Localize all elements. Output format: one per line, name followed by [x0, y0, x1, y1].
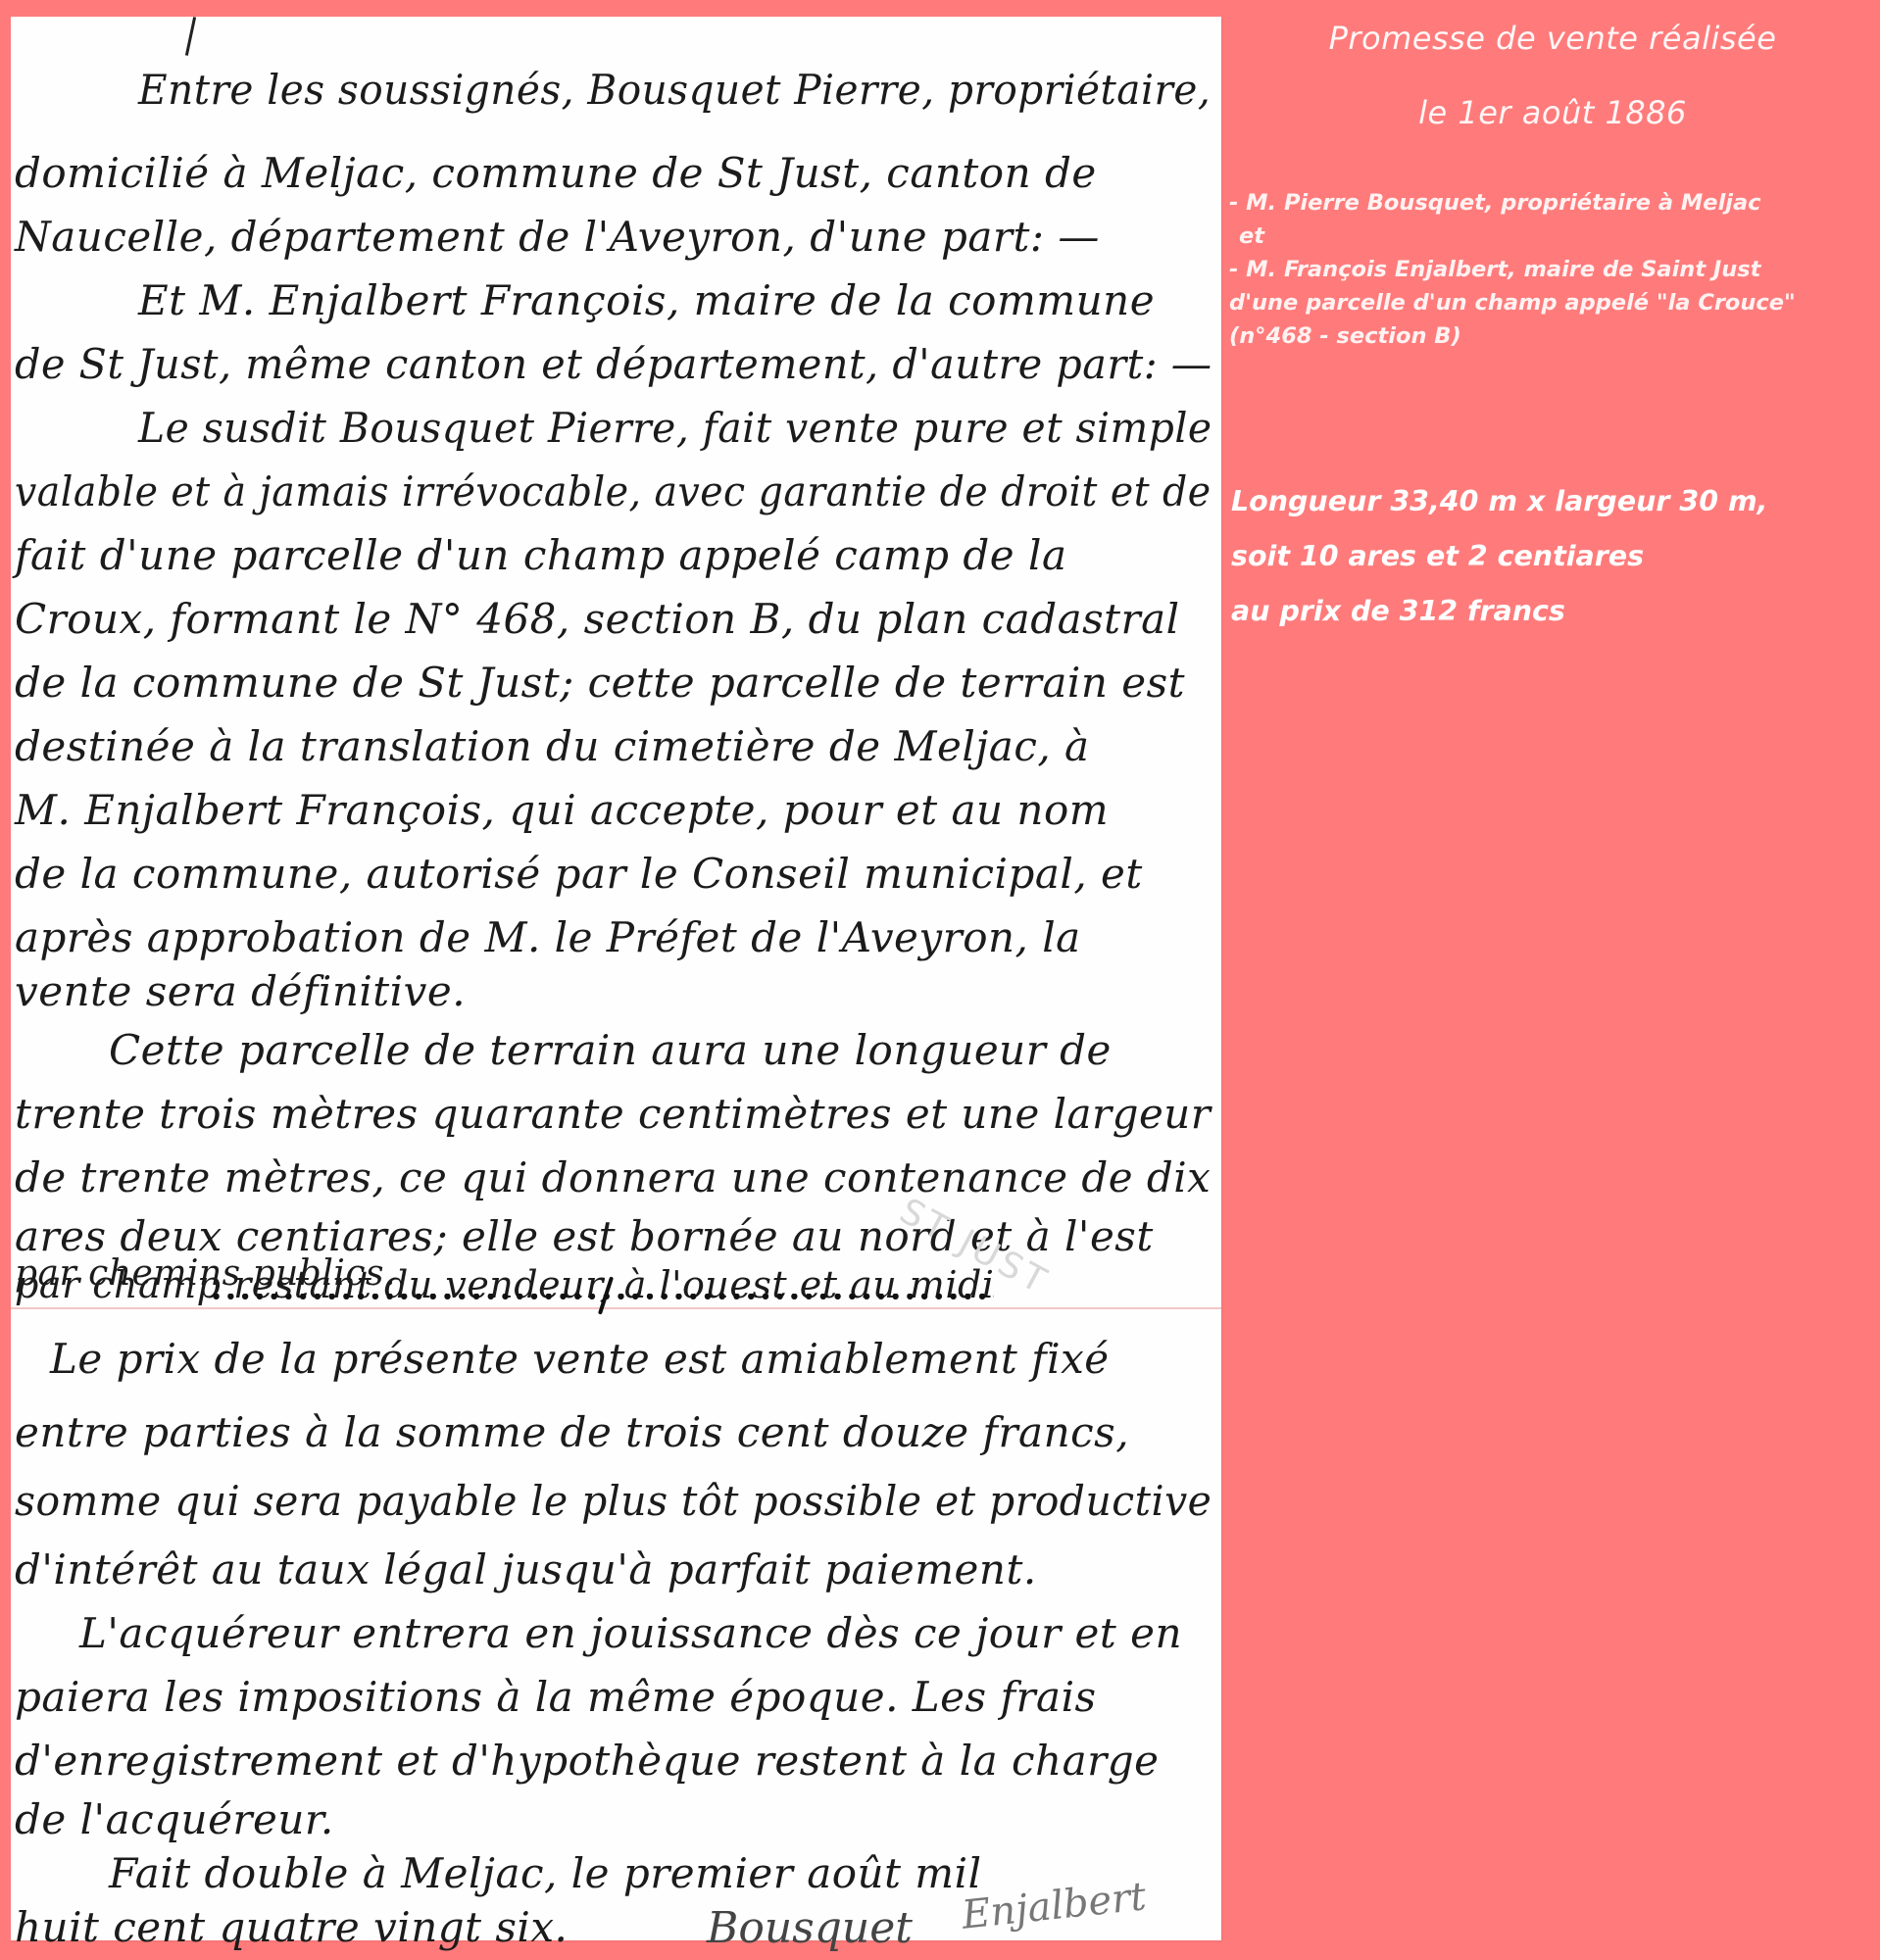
document-line: d'enregistrement et d'hypothèque restent… [15, 1737, 1159, 1785]
document-line: valable et à jamais irrévocable, avec ga… [15, 467, 1212, 515]
parcel-description: d'une parcelle d'un champ appelé "la Cro… [1229, 286, 1796, 319]
document-line: Naucelle, département de l'Aveyron, d'un… [15, 213, 1100, 261]
sale-price: au prix de 312 francs [1231, 584, 1767, 639]
document-line: de la commune, autorisé par le Conseil m… [15, 850, 1143, 898]
page-corner-mark [185, 17, 196, 56]
party-conjunction: et [1229, 220, 1796, 253]
document-line: après approbation de M. le Préfet de l'A… [15, 913, 1081, 961]
document-line: Et M. Enjalbert François, maire de la co… [138, 276, 1155, 324]
document-line: par chemins publics. [15, 1253, 396, 1294]
document-line: L'acquéreur entrera en jouissance dès ce… [79, 1609, 1182, 1657]
parties-list: - M. Pierre Bousquet, propriétaire à Mel… [1229, 186, 1796, 353]
document-line: destinée à la translation du cimetière d… [15, 722, 1090, 770]
document-line: Le prix de la présente vente est amiable… [50, 1335, 1110, 1383]
parcel-dimensions: Longueur 33,40 m x largeur 30 m, [1231, 474, 1767, 529]
party-buyer: - M. François Enjalbert, maire de Saint … [1229, 253, 1796, 286]
parcel-reference: (n°468 - section B) [1229, 319, 1796, 353]
document-line: de trente mètres, ce qui donnera une con… [15, 1153, 1211, 1201]
handwritten-document-page: Entre les soussignés, Bousquet Pierre, p… [11, 17, 1221, 1940]
document-line: fait d'une parcelle d'un champ appelé ca… [15, 531, 1067, 579]
document-line: Fait double à Meljac, le premier août mi… [109, 1849, 982, 1897]
document-line: huit cent quatre vingt six. [15, 1903, 568, 1951]
document-line: de la commune de St Just; cette parcelle… [15, 659, 1185, 707]
document-line: de l'acquéreur. [15, 1795, 334, 1843]
sale-details: Longueur 33,40 m x largeur 30 m, soit 10… [1231, 474, 1767, 639]
document-line: paiera les impositions à la même époque.… [15, 1673, 1097, 1721]
document-line: de St Just, même canton et département, … [15, 340, 1212, 388]
document-line: domicilié à Meljac, commune de St Just, … [15, 149, 1097, 197]
annotation-date: le 1er août 1886 [1225, 94, 1880, 131]
document-line: Le susdit Bousquet Pierre, fait vente pu… [138, 404, 1212, 452]
annotation-panel: Promesse de vente réalisée le 1er août 1… [1225, 0, 1880, 1960]
page-join-line [11, 1307, 1221, 1309]
document-line: d'intérêt au taux légal jusqu'à parfait … [15, 1545, 1037, 1593]
party-seller: - M. Pierre Bousquet, propriétaire à Mel… [1229, 186, 1796, 220]
signature-bousquet: Bousquet [707, 1903, 913, 1953]
parcel-area: soit 10 ares et 2 centiares [1231, 529, 1767, 584]
document-line: M. Enjalbert François, qui accepte, pour… [15, 786, 1109, 834]
document-line: Croux, formant le N° 468, section B, du … [15, 595, 1180, 643]
document-line: vente sera définitive. [15, 967, 466, 1015]
document-line: somme qui sera payable le plus tôt possi… [15, 1477, 1212, 1525]
annotation-title: Promesse de vente réalisée [1225, 20, 1880, 57]
document-line: Entre les soussignés, Bousquet Pierre, p… [138, 66, 1211, 114]
document-line: Cette parcelle de terrain aura une longu… [109, 1026, 1112, 1074]
document-line: trente trois mètres quarante centimètres… [15, 1090, 1211, 1138]
signature-enjalbert: Enjalbert [960, 1874, 1148, 1937]
document-line: entre parties à la somme de trois cent d… [15, 1408, 1129, 1456]
